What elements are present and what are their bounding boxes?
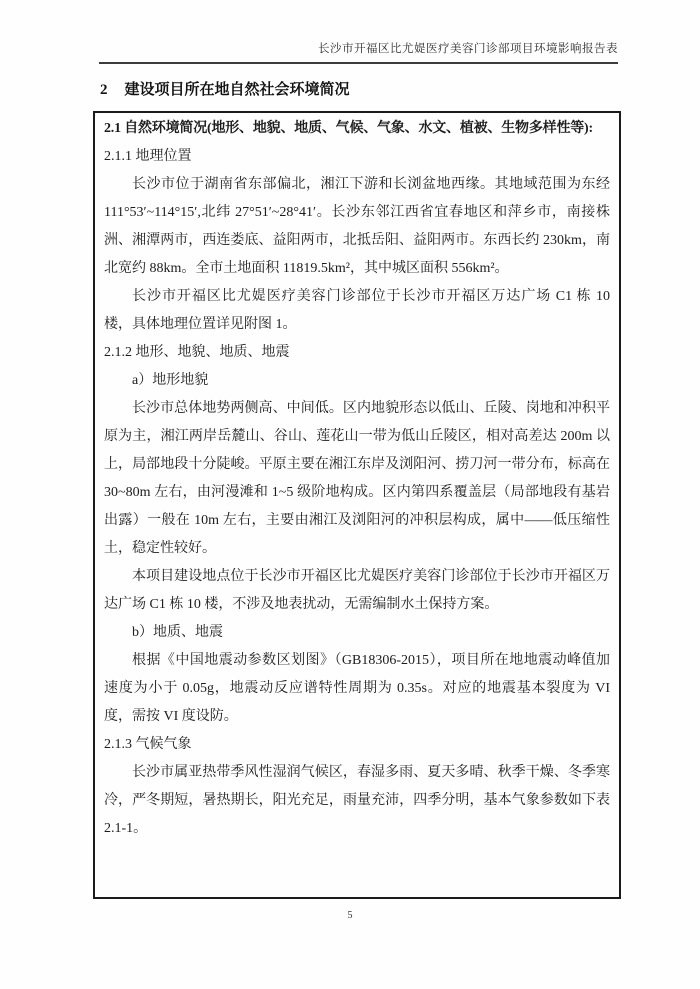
page-number: 5 <box>0 910 700 921</box>
heading-2-1: 2.1 自然环境简况(地形、地貌、地质、气候、气象、水文、植被、生物多样性等): <box>104 115 610 143</box>
para-project-site: 本项目建设地点位于长沙市开福区比尤媞医疗美容门诊部位于长沙市开福区万达广场 C1… <box>104 563 610 619</box>
heading-2-1-1: 2.1.1 地理位置 <box>104 143 610 171</box>
para-geography: 长沙市位于湖南省东部偏北，湘江下游和长浏盆地西缘。其地域范围为东经111°53′… <box>104 171 610 283</box>
para-location: 长沙市开福区比尤媞医疗美容门诊部位于长沙市开福区万达广场 C1 栋 10 楼，具… <box>104 283 610 339</box>
para-terrain: 长沙市总体地势两侧高、中间低。区内地貌形态以低山、丘陵、岗地和冲积平原为主，湘江… <box>104 395 610 563</box>
section-number: 2 <box>100 82 108 99</box>
content-table: 2.1 自然环境简况(地形、地貌、地质、气候、气象、水文、植被、生物多样性等):… <box>93 111 621 899</box>
running-title: 长沙市开福区比尤媞医疗美容门诊部项目环境影响报告表 <box>318 43 618 55</box>
document-page: 长沙市开福区比尤媞医疗美容门诊部项目环境影响报告表 2建设项目所在地自然社会环境… <box>0 0 700 989</box>
para-climate: 长沙市属亚热带季风性湿润气候区，春湿多雨、夏天多晴、秋季干燥、冬季寒冷，严冬期短… <box>104 759 610 843</box>
subheading-b-geology: b）地质、地震 <box>104 619 610 647</box>
page-header: 长沙市开福区比尤媞医疗美容门诊部项目环境影响报告表 <box>99 42 618 64</box>
section-title-text: 建设项目所在地自然社会环境简况 <box>125 82 350 98</box>
heading-2-1-2: 2.1.2 地形、地貌、地质、地震 <box>104 339 610 367</box>
heading-2-1-3: 2.1.3 气候气象 <box>104 731 610 759</box>
subheading-a-terrain: a）地形地貌 <box>104 367 610 395</box>
para-seismic: 根据《中国地震动参数区划图》（GB18306-2015），项目所在地地震动峰值加… <box>104 647 610 731</box>
section-heading: 2建设项目所在地自然社会环境简况 <box>100 78 350 99</box>
